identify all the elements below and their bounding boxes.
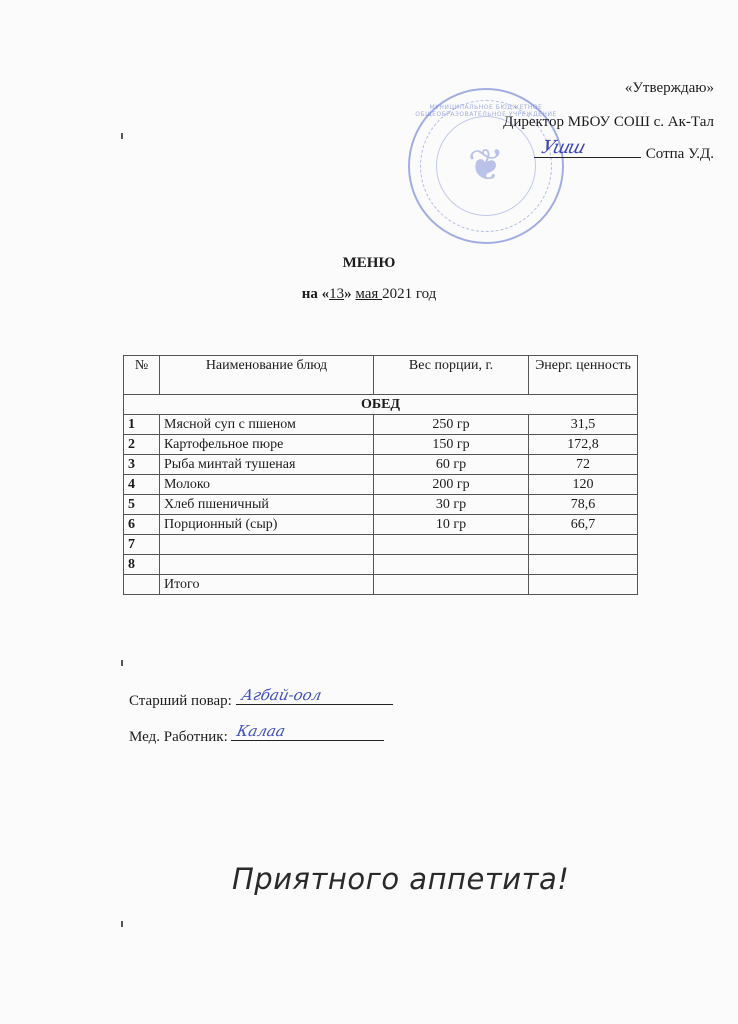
cell-number: 3: [124, 455, 160, 475]
cell-portion-weight: 10 гр: [374, 515, 529, 535]
approval-heading: «Утверждаю»: [625, 77, 714, 99]
cell-energy-value: 66,7: [529, 515, 638, 535]
cell-portion-weight: [374, 575, 529, 595]
cell-portion-weight: 30 гр: [374, 495, 529, 515]
date-day: 13: [329, 286, 344, 302]
coat-of-arms-icon: ❦: [468, 144, 505, 188]
menu-table: № Наименование блюд Вес порции, г. Энерг…: [123, 355, 638, 595]
date-month: мая: [355, 286, 382, 302]
table-row: 6Порционный (сыр)10 гр66,7: [124, 515, 638, 535]
cell-portion-weight: 250 гр: [374, 415, 529, 435]
scan-mark: [121, 660, 123, 666]
cell-dish-name: Молоко: [160, 475, 374, 495]
cell-dish-name: Картофельное пюре: [160, 435, 374, 455]
menu-date: на «13» мая 2021 год: [0, 286, 738, 303]
cell-number: 1: [124, 415, 160, 435]
farewell-message: Приятного аппетита!: [232, 862, 569, 896]
table-row: 2Картофельное пюре150 гр172,8: [124, 435, 638, 455]
approver-signature-line: Ушш Сотпа У.Д.: [534, 143, 714, 165]
cell-number: [124, 575, 160, 595]
header-dish-name: Наименование блюд: [160, 356, 374, 395]
header-portion-weight: Вес порции, г.: [374, 356, 529, 395]
cell-number: 8: [124, 555, 160, 575]
date-mid: »: [344, 286, 355, 302]
cell-dish-name: Порционный (сыр): [160, 515, 374, 535]
cell-energy-value: [529, 555, 638, 575]
cell-portion-weight: 200 гр: [374, 475, 529, 495]
cell-energy-value: 78,6: [529, 495, 638, 515]
section-row: ОБЕД: [124, 395, 638, 415]
cell-energy-value: [529, 575, 638, 595]
cell-dish-name: Хлеб пшеничный: [160, 495, 374, 515]
page-title: МЕНЮ: [0, 255, 738, 272]
cook-signature: Агбай-оол: [240, 686, 323, 704]
medic-signature: Калаа: [236, 722, 288, 740]
scan-mark: [121, 921, 123, 927]
cook-signature-row: Старший повар: Агбай-оол: [129, 688, 393, 710]
table-row: 1Мясной суп с пшеном250 гр31,5: [124, 415, 638, 435]
cell-energy-value: 31,5: [529, 415, 638, 435]
cell-portion-weight: [374, 535, 529, 555]
header-number: №: [124, 356, 160, 395]
cell-number: 5: [124, 495, 160, 515]
medic-signature-field: Калаа: [231, 724, 384, 741]
cell-number: 7: [124, 535, 160, 555]
table-row: 4Молоко200 гр120: [124, 475, 638, 495]
cell-portion-weight: 150 гр: [374, 435, 529, 455]
approver-position: Директор МБОУ СОШ с. Ак-Тал: [503, 111, 714, 133]
date-prefix: на «: [302, 286, 329, 302]
table-row: Итого: [124, 575, 638, 595]
cell-dish-name: Итого: [160, 575, 374, 595]
cell-energy-value: 120: [529, 475, 638, 495]
header-energy-value: Энерг. ценность: [529, 356, 638, 395]
director-signature: Ушш: [539, 137, 586, 159]
medic-label: Мед. Работник:: [129, 729, 231, 745]
cell-dish-name: Рыба минтай тушеная: [160, 455, 374, 475]
cell-energy-value: 72: [529, 455, 638, 475]
cell-energy-value: [529, 535, 638, 555]
medic-signature-row: Мед. Работник: Калаа: [129, 724, 384, 746]
table-row: 5Хлеб пшеничный30 гр78,6: [124, 495, 638, 515]
cook-signature-field: Агбай-оол: [236, 688, 393, 705]
cell-number: 6: [124, 515, 160, 535]
cell-number: 2: [124, 435, 160, 455]
cell-energy-value: 172,8: [529, 435, 638, 455]
cell-dish-name: [160, 555, 374, 575]
approver-name: Сотпа У.Д.: [646, 146, 714, 162]
table-row: 8: [124, 555, 638, 575]
table-row: 7: [124, 535, 638, 555]
cell-portion-weight: 60 гр: [374, 455, 529, 475]
cook-label: Старший повар:: [129, 693, 236, 709]
scan-mark: [121, 133, 123, 139]
director-signature-field: Ушш: [534, 143, 641, 158]
table-row: 3Рыба минтай тушеная60 гр72: [124, 455, 638, 475]
cell-dish-name: Мясной суп с пшеном: [160, 415, 374, 435]
table-header-row: № Наименование блюд Вес порции, г. Энерг…: [124, 356, 638, 395]
cell-dish-name: [160, 535, 374, 555]
section-label: ОБЕД: [124, 395, 638, 415]
cell-number: 4: [124, 475, 160, 495]
cell-portion-weight: [374, 555, 529, 575]
date-suffix: 2021 год: [382, 286, 436, 302]
